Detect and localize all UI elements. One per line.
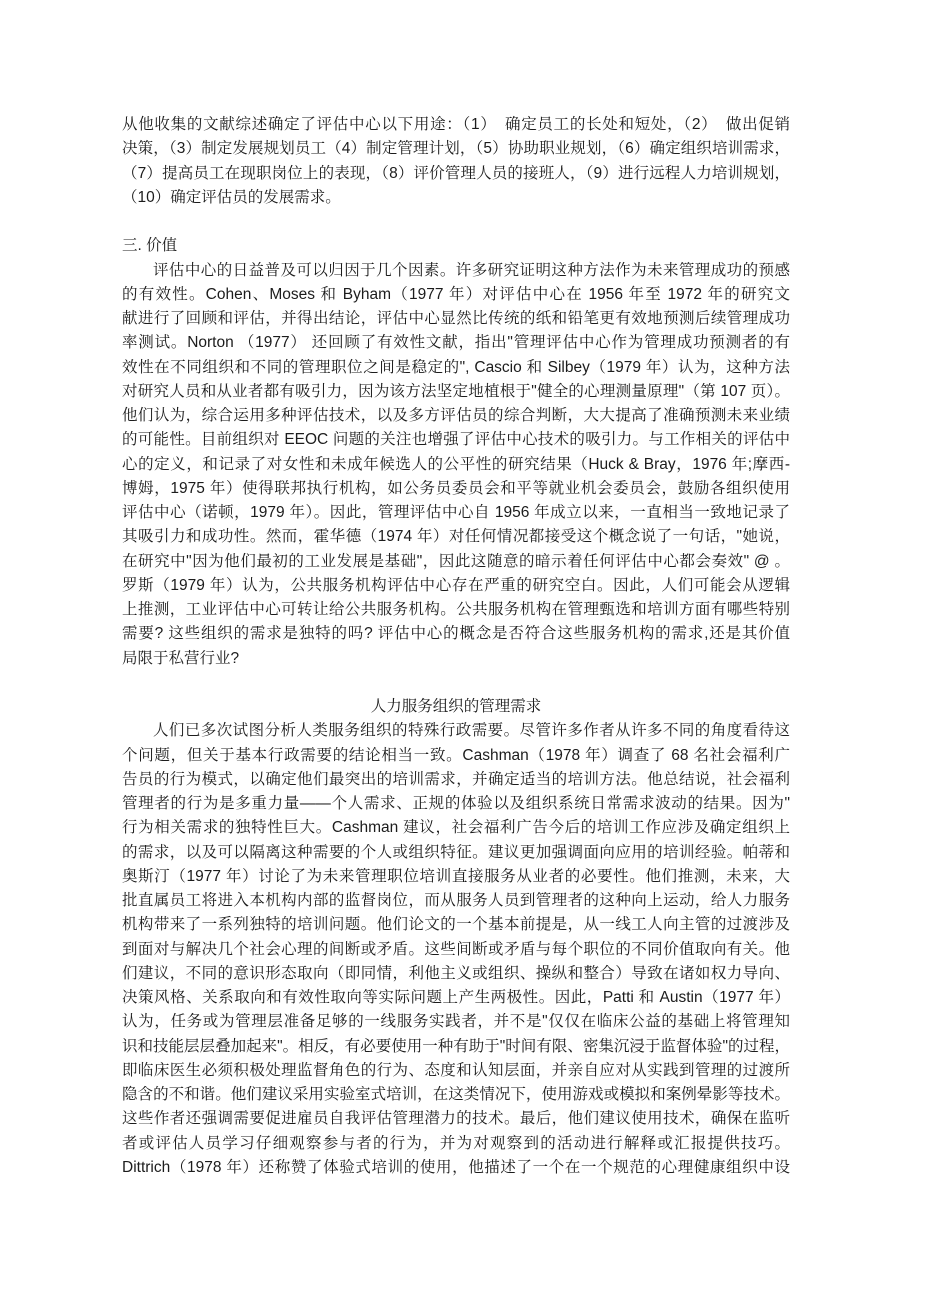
uses-list-paragraph-line: （7）提高员工在现职岗位上的表现，（8）评价管理人员的接班人，（9）进行远程人力… — [122, 162, 790, 186]
section-heading-value: 三. 价值 — [122, 234, 790, 258]
value-section-paragraph-line: 献进行了回顾和评估，并得出结论，评估中心显然比传统的纸和铅笔更有效地预测后续管理… — [122, 307, 790, 331]
human-services-paragraph-line: 隐含的不和谐。他们建议采用实验室式培训，在这类情况下，使用游戏或模拟和案例晕影等… — [122, 1083, 790, 1107]
blank-line — [122, 671, 790, 695]
value-section-paragraph-line: 需要? 这些组织的需求是独特的吗? 评估中心的概念是否符合这些服务机构的需求,还… — [122, 622, 790, 646]
human-services-paragraph-line: Dittrich（1978 年）还称赞了体验式培训的使用，他描述了一个在一个规范… — [122, 1156, 790, 1180]
uses-list-paragraph-line: 决策，（3）制定发展规划员工（4）制定管理计划，（5）协助职业规划，（6）确定组… — [122, 137, 790, 161]
value-section-paragraph-line: 效性在不同组织和不同的管理职位之间是稳定的", Cascio 和 Silbey（… — [122, 356, 790, 380]
human-services-paragraph-line: 行为相关需求的独特性巨大。Cashman 建议，社会福利广告今后的培训工作应涉及… — [122, 816, 790, 840]
value-section-paragraph-line: 其吸引力和成功性。然而，霍华德（1974 年）对任何情况都接受这个概念说了一句话… — [122, 525, 790, 549]
value-section-paragraph-line: 评估中心（诺顿，1979 年）。因此，管理评估中心自 1956 年成立以来，一直… — [122, 501, 790, 525]
human-services-paragraph-line: 告员的行为模式，以确定他们最突出的培训需求，并确定适当的培训方法。他总结说，社会… — [122, 768, 790, 792]
value-section-paragraph-line: 罗斯（1979 年）认为，公共服务机构评估中心存在严重的研究空白。因此，人们可能… — [122, 574, 790, 598]
human-services-paragraph-line: 管理者的行为是多重力量——个人需求、正规的体验以及组织系统日常需求波动的结果。因… — [122, 792, 790, 816]
human-services-paragraph-line: 者或评估人员学习仔细观察参与者的行为，并为对观察到的活动进行解释或汇报提供技巧。 — [122, 1132, 790, 1156]
uses-list-paragraph-line: 从他收集的文献综述确定了评估中心以下用途：（1） 确定员工的长处和短处，（2） … — [122, 113, 790, 137]
value-section-paragraph-line: 他们认为，综合运用多种评估技术，以及多方评估员的综合判断，大大提高了准确预测未来… — [122, 404, 790, 428]
value-section-paragraph-line: 对研究人员和从业者都有吸引力，因为该方法坚定地植根于"健全的心理测量原理"（第 … — [122, 380, 790, 404]
human-services-paragraph-line: 认为，任务或为管理层准备足够的一线服务实践者，并不是"仅仅在临床公益的基础上将管… — [122, 1010, 790, 1034]
value-section-paragraph-line: 心的定义，和记录了对女性和未成年候选人的公平性的研究结果（Huck & Bray… — [122, 453, 790, 477]
value-section-paragraph-line: 在研究中"因为他们最初的工业发展是基础"，因此这随意的暗示着任何评估中心都会奏效… — [122, 550, 790, 574]
blank-line — [122, 210, 790, 234]
value-section-paragraph-line: 局限于私营行业? — [122, 647, 790, 671]
section-heading-human-services: 人力服务组织的管理需求 — [122, 695, 790, 719]
human-services-paragraph-line: 们建议，不同的意识形态取向（即同情，利他主义或组织、操纵和整合）导致在诸如权力导… — [122, 962, 790, 986]
human-services-paragraph-line: 决策风格、关系取向和有效性取向等实际问题上产生两极性。因此，Patti 和 Au… — [122, 986, 790, 1010]
value-section-paragraph-line: 上推测，工业评估中心可转让给公共服务机构。公共服务机构在管理甄选和培训方面有哪些… — [122, 598, 790, 622]
human-services-paragraph-line: 的需求，以及可以隔离这种需要的个人或组织特征。建议更加强调面向应用的培训经验。帕… — [122, 841, 790, 865]
uses-list-paragraph-line: （10）确定评估员的发展需求。 — [122, 186, 790, 210]
human-services-paragraph-line: 识和技能层层叠加起来"。相反，有必要使用一种有助于"时间有限、密集沉浸于监督体验… — [122, 1035, 790, 1059]
value-section-paragraph-line: 博姆，1975 年）使得联邦执行机构，如公务员委员会和平等就业机会委员会，鼓励各… — [122, 477, 790, 501]
human-services-paragraph-line: 奥斯汀（1977 年）讨论了为未来管理职位培训直接服务从业者的必要性。他们推测，… — [122, 865, 790, 889]
value-section-paragraph-line: 评估中心的日益普及可以归因于几个因素。许多研究证明这种方法作为未来管理成功的预感 — [122, 259, 790, 283]
human-services-paragraph-line: 人们已多次试图分析人类服务组织的特殊行政需要。尽管许多作者从许多不同的角度看待这 — [122, 719, 790, 743]
human-services-paragraph-line: 这些作者还强调需要促进雇员自我评估管理潜力的技术。最后，他们建议使用技术，确保在… — [122, 1107, 790, 1131]
document-content: 从他收集的文献综述确定了评估中心以下用途：（1） 确定员工的长处和短处，（2） … — [122, 113, 790, 1180]
human-services-paragraph-line: 机构带来了一系列独特的培训问题。他们论文的一个基本前提是，从一线工人向主管的过渡… — [122, 913, 790, 937]
value-section-paragraph-line: 的可能性。目前组织对 EEOC 问题的关注也增强了评估中心技术的吸引力。与工作相… — [122, 428, 790, 452]
human-services-paragraph-line: 个问题，但关于基本行政需要的结论相当一致。Cashman（1978 年）调查了 … — [122, 744, 790, 768]
document-page: 从他收集的文献综述确定了评估中心以下用途：（1） 确定员工的长处和短处，（2） … — [0, 0, 926, 1309]
human-services-paragraph-line: 到面对与解决几个社会心理的间断或矛盾。这些间断或矛盾与每个职位的不同价值取向有关… — [122, 938, 790, 962]
human-services-paragraph-line: 批直属员工将进入本机构内部的监督岗位，而从服务人员到管理者的这种向上运动，给人力… — [122, 889, 790, 913]
value-section-paragraph-line: 的有效性。Cohen、Moses 和 Byham（1977 年）对评估中心在 1… — [122, 283, 790, 307]
value-section-paragraph-line: 率测试。Norton （1977） 还回顾了有效性文献，指出"管理评估中心作为管… — [122, 331, 790, 355]
human-services-paragraph-line: 即临床医生必须积极处理监督角色的行为、态度和认知层面，并亲自应对从实践到管理的过… — [122, 1059, 790, 1083]
